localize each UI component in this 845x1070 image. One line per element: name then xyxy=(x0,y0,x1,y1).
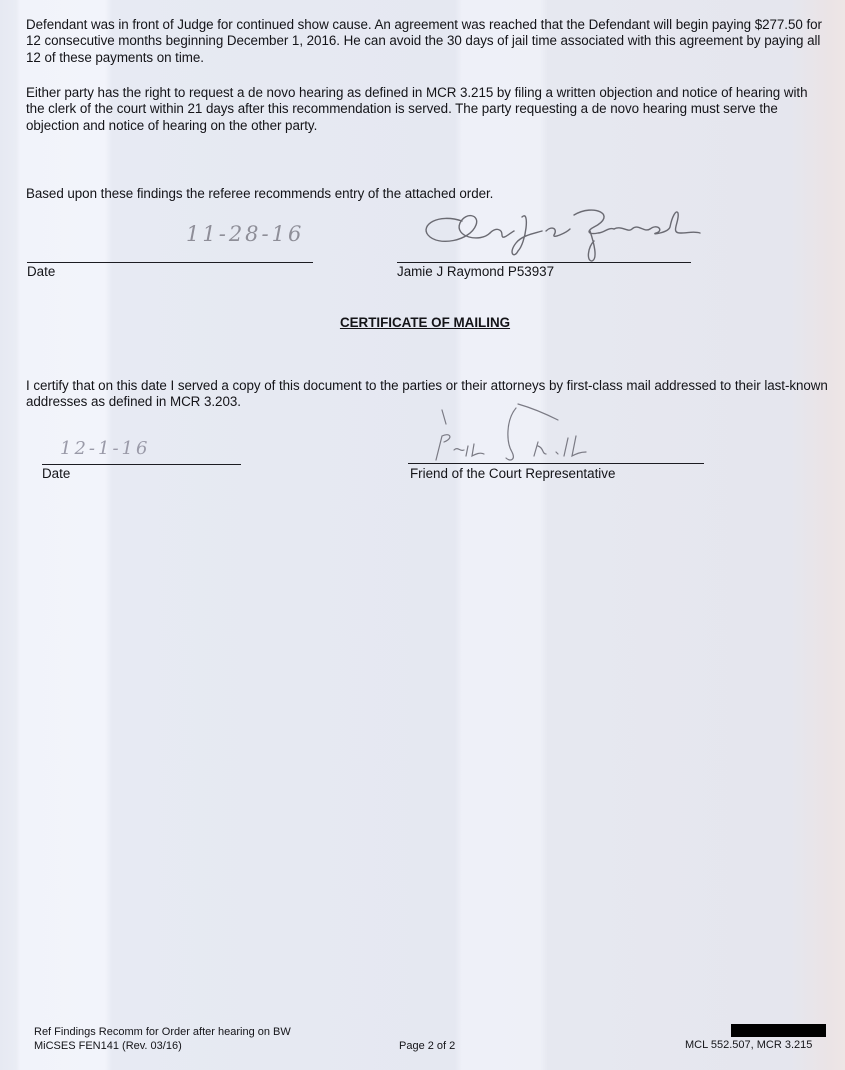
footer-form-title: Ref Findings Recomm for Order after hear… xyxy=(34,1026,291,1039)
handwritten-date: 11-28-16 xyxy=(186,222,304,246)
foc-representative-signature xyxy=(420,402,680,464)
footer-page-number: Page 2 of 2 xyxy=(399,1040,455,1053)
recommendation-text: Based upon these findings the referee re… xyxy=(26,186,826,202)
representative-label: Friend of the Court Representative xyxy=(410,466,615,482)
mailing-date-label: Date xyxy=(42,466,70,482)
footer-statutes: MCL 552.507, MCR 3.215 xyxy=(685,1039,812,1052)
handwritten-mailing-date: 12-1-16 xyxy=(60,438,150,459)
redaction-bar xyxy=(731,1024,826,1037)
document-page: Defendant was in front of Judge for cont… xyxy=(0,0,845,1070)
mailing-date-line xyxy=(42,464,241,465)
referee-signature xyxy=(418,203,703,265)
representative-signature-line xyxy=(408,463,704,464)
signature-line xyxy=(397,262,691,263)
date-label: Date xyxy=(27,264,55,280)
referee-name: Jamie J Raymond P53937 xyxy=(397,264,554,280)
findings-paragraph: Defendant was in front of Judge for cont… xyxy=(26,17,826,66)
footer-form-id: MiCSES FEN141 (Rev. 03/16) xyxy=(34,1040,182,1053)
certificate-heading: CERTIFICATE OF MAILING xyxy=(0,315,845,330)
de-novo-notice-paragraph: Either party has the right to request a … xyxy=(26,85,826,134)
date-line xyxy=(27,262,313,263)
